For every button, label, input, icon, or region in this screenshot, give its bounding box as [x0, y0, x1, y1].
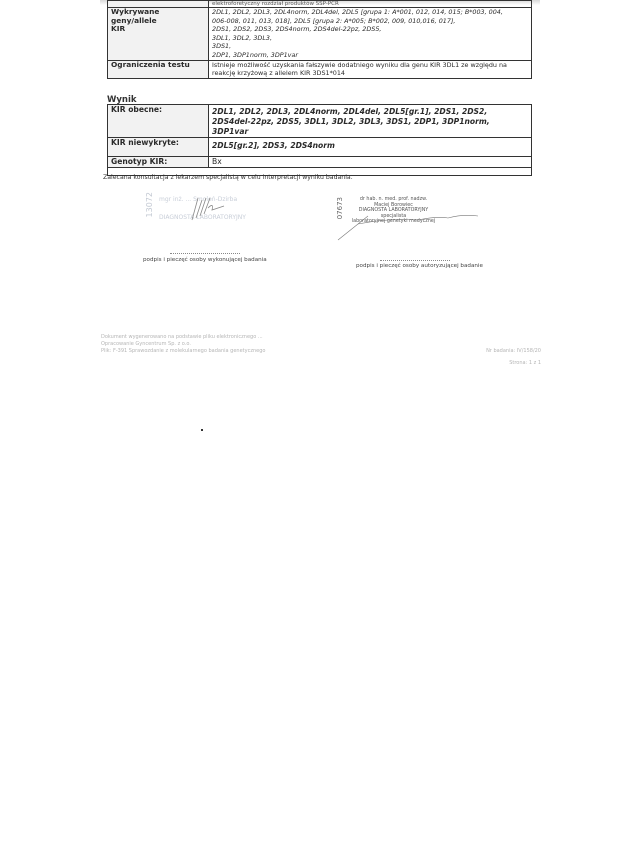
footer-line: Dokument wygenerowano na podstawie pliku…: [101, 334, 541, 341]
signature-label-left: podpis i pieczęć osoby wykonującej badan…: [143, 257, 267, 263]
footer: Dokument wygenerowano na podstawie pliku…: [101, 334, 541, 367]
kir-genotype-label: Genotyp KIR:: [108, 157, 209, 168]
result-table: KIR obecne: 2DL1, 2DL2, 2DL3, 2DL4norm, …: [107, 104, 532, 176]
table-row: KIR niewykryte: 2DL5[gr.2], 2DS3, 2DS4no…: [108, 138, 532, 157]
scan-speck: [201, 429, 203, 431]
kir-present-label: KIR obecne:: [108, 105, 209, 138]
kir-not-detected-value: 2DL5[gr.2], 2DS3, 2DS4norm: [209, 138, 532, 157]
performer-stamp: 13072 mgr inż. ... Smoleń-Dzirba DIAGNOS…: [145, 192, 305, 232]
detected-genes-value: 2DL1, 2DL2, 2DL3, 2DL4norm, 2DL4del, 2DL…: [209, 8, 532, 61]
table-row: elektroforetyczny rozdział produktów SSP…: [108, 1, 532, 8]
signature-icon: [190, 192, 230, 222]
test-limitations-value: Istnieje możliwość uzyskania fałszywie d…: [209, 60, 532, 78]
table-row: Genotyp KIR: Bx: [108, 157, 532, 168]
signature-line-right: [380, 260, 450, 261]
stamp-code: 13072: [145, 192, 154, 217]
cut-value-cell: elektroforetyczny rozdział produktów SSP…: [209, 1, 532, 8]
footer-line: Plik: F-391 Sprawozdanie z molekularnego…: [101, 348, 541, 355]
kir-not-detected-label: KIR niewykryte:: [108, 138, 209, 157]
exam-number: Nr badania: IV/158/20: [486, 348, 541, 355]
test-limitations-label: Ograniczenia testu: [108, 60, 209, 78]
table-row: Wykrywane geny/allele KIR 2DL1, 2DL2, 2D…: [108, 8, 532, 61]
table-row: KIR obecne: 2DL1, 2DL2, 2DL3, 2DL4norm, …: [108, 105, 532, 138]
footer-line: Opracowanie Gyncentrum Sp. z o.o.: [101, 341, 541, 348]
signature-icon: [328, 202, 478, 242]
page-number: Strona: 1 z 1: [509, 360, 541, 367]
authorizer-stamp: 07673 dr hab. n. med. prof. nadzw. Macie…: [338, 197, 458, 237]
method-table: elektroforetyczny rozdział produktów SSP…: [107, 0, 532, 79]
kir-genotype-value: Bx: [209, 157, 532, 168]
footer-line: Strona: 1 z 1: [101, 360, 541, 367]
consultation-note: Zalecana konsultacja z lekarzem specjali…: [103, 174, 353, 181]
signature-line-left: [170, 253, 240, 254]
table-row: Ograniczenia testu Istnieje możliwość uz…: [108, 60, 532, 78]
signature-label-right: podpis i pieczęć osoby autoryzującej bad…: [356, 263, 483, 269]
detected-genes-label: Wykrywane geny/allele KIR: [108, 8, 209, 61]
kir-present-value: 2DL1, 2DL2, 2DL3, 2DL4norm, 2DL4del, 2DL…: [209, 105, 532, 138]
document-page: elektroforetyczny rozdział produktów SSP…: [0, 0, 620, 860]
